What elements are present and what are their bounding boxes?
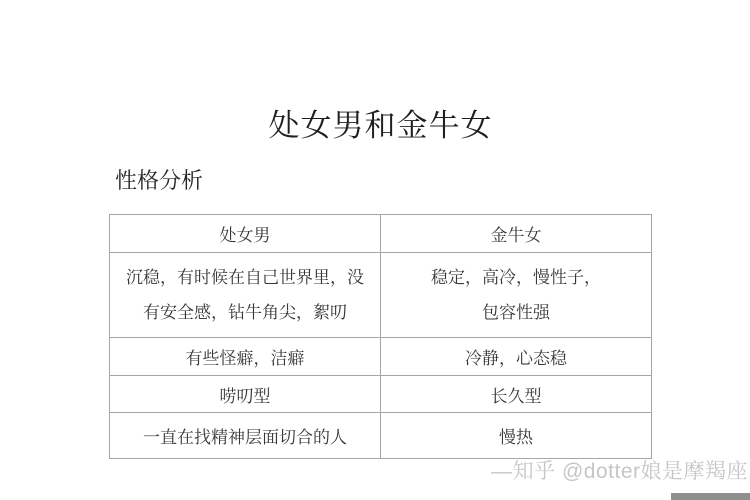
watermark-dash: —	[491, 460, 513, 483]
column-header-taurus-woman: 金牛女	[381, 215, 652, 253]
table-cell: 长久型	[381, 376, 652, 413]
corner-gray-bar	[671, 493, 750, 500]
table-header-row: 处女男 金牛女	[110, 215, 652, 253]
table-cell: 唠叨型	[110, 376, 381, 413]
table-cell: 稳定，高冷，慢性子， 包容性强	[381, 253, 652, 338]
table-cell: 慢热	[381, 413, 652, 459]
table-row: 一直在找精神层面切合的人 慢热	[110, 413, 652, 459]
document-page: 处女男和金牛女 性格分析 处女男 金牛女 沉稳，有时候在自己世界里，没 有安全感…	[0, 0, 750, 500]
personality-comparison-table: 处女男 金牛女 沉稳，有时候在自己世界里，没 有安全感，钻牛角尖，絮叨 稳定，高…	[109, 214, 652, 459]
table-cell: 沉稳，有时候在自己世界里，没 有安全感，钻牛角尖，絮叨	[110, 253, 381, 338]
table-row: 唠叨型 长久型	[110, 376, 652, 413]
page-title: 处女男和金牛女	[109, 100, 652, 145]
zhihu-watermark: —知乎 @dotter娘是摩羯座	[491, 455, 748, 485]
table-row: 沉稳，有时候在自己世界里，没 有安全感，钻牛角尖，絮叨 稳定，高冷，慢性子， 包…	[110, 253, 652, 338]
table-cell: 冷静，心态稳	[381, 338, 652, 376]
section-heading: 性格分析	[115, 164, 203, 195]
column-header-virgo-man: 处女男	[110, 215, 381, 253]
table-cell: 有些怪癖，洁癖	[110, 338, 381, 376]
watermark-text: 知乎 @dotter娘是摩羯座	[513, 460, 748, 483]
table-row: 有些怪癖，洁癖 冷静，心态稳	[110, 338, 652, 376]
table-cell: 一直在找精神层面切合的人	[110, 413, 381, 459]
